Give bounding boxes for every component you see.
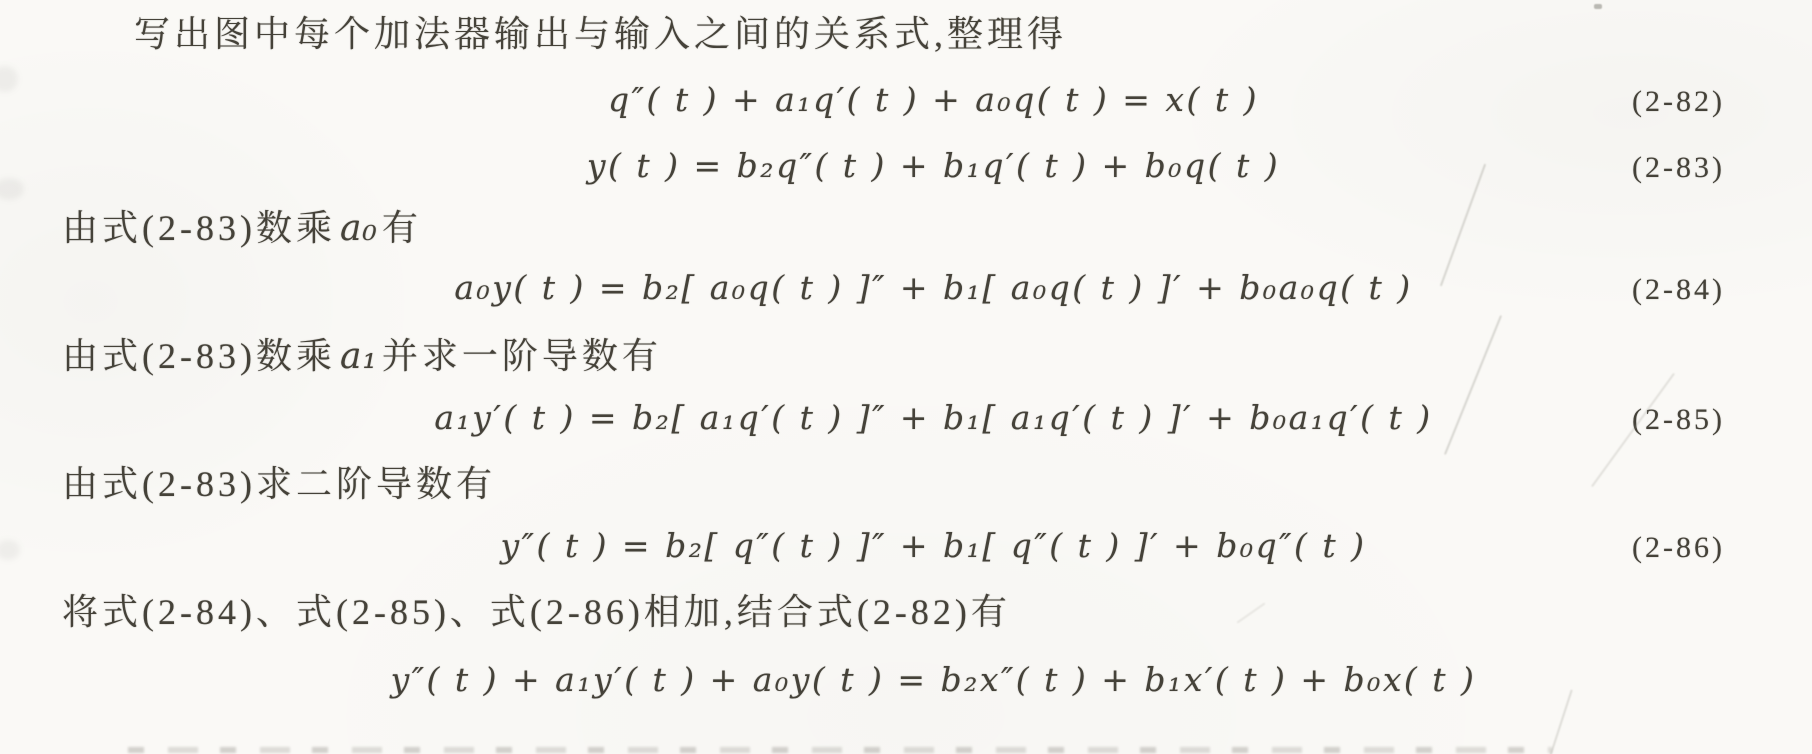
inline-math-a0: a₀ [336, 208, 382, 249]
equation-number-2-83: (2-83) [1632, 146, 1725, 190]
inline-math-a1: a₁ [336, 336, 382, 377]
equation-body-2-84: a₀y( t ) = b₂[ a₀q( t ) ]″ + b₁[ a₀q( t … [454, 266, 1412, 310]
scanned-textbook-page: 写出图中每个加法器输出与输入之间的关系式,整理得 q″( t ) + a₁q′(… [0, 0, 1812, 754]
equation-body-2-82: q″( t ) + a₁q′( t ) + a₀q( t ) = x( t ) [608, 78, 1259, 122]
equation-number-2-86: (2-86) [1632, 526, 1725, 570]
equation-body-2-83: y( t ) = b₂q″( t ) + b₁q′( t ) + b₀q( t … [587, 144, 1280, 188]
equation-number-2-84: (2-84) [1632, 268, 1725, 312]
equation-row-2-84: a₀y( t ) = b₂[ a₀q( t ) ]″ + b₁[ a₀q( t … [0, 266, 1812, 310]
step-paragraph-second-deriv: 由式(2-83)求二阶导数有 [62, 462, 496, 506]
equation-row-2-82: q″( t ) + a₁q′( t ) + a₀q( t ) = x( t ) … [0, 78, 1812, 122]
step-mult-a0-post: 有 [382, 208, 422, 248]
equation-number-2-82: (2-82) [1632, 80, 1725, 124]
step-paragraph-mult-a0: 由式(2-83)数乘a₀有 [62, 206, 422, 251]
equation-number-2-85: (2-85) [1632, 398, 1725, 442]
step-paragraph-mult-a1: 由式(2-83)数乘a₁并求一阶导数有 [62, 334, 662, 379]
equation-row-2-85: a₁y′( t ) = b₂[ a₁q′( t ) ]″ + b₁[ a₁q′(… [0, 396, 1812, 440]
scratch-mark-5 [1237, 602, 1266, 623]
intro-text: 写出图中每个加法器输出与输入之间的关系式,整理得 [134, 14, 1067, 54]
equation-row-2-86: y″( t ) = b₂[ q″( t ) ]″ + b₁[ q″( t ) ]… [0, 524, 1812, 568]
equation-body-final: y″( t ) + a₁y′( t ) + a₀y( t ) = b₂x″( t… [391, 658, 1477, 702]
intro-paragraph: 写出图中每个加法器输出与输入之间的关系式,整理得 [134, 12, 1067, 56]
step-mult-a1-pre: 由式(2-83)数乘 [62, 336, 336, 376]
cropped-next-line [128, 747, 1552, 753]
paper-smudge-2 [0, 178, 24, 200]
step-paragraph-combine: 将式(2-84)、式(2-85)、式(2-86)相加,结合式(2-82)有 [62, 590, 1011, 634]
step-mult-a1-post: 并求一阶导数有 [382, 336, 662, 376]
step-mult-a0-pre: 由式(2-83)数乘 [62, 208, 336, 248]
equation-body-2-85: a₁y′( t ) = b₂[ a₁q′( t ) ]″ + b₁[ a₁q′(… [434, 396, 1432, 440]
step-second-deriv-text: 由式(2-83)求二阶导数有 [62, 464, 496, 504]
equation-row-2-83: y( t ) = b₂q″( t ) + b₁q′( t ) + b₀q( t … [0, 144, 1812, 188]
equation-row-final: y″( t ) + a₁y′( t ) + a₀y( t ) = b₂x″( t… [0, 658, 1812, 702]
paper-speck [1594, 4, 1602, 9]
step-combine-text: 将式(2-84)、式(2-85)、式(2-86)相加,结合式(2-82)有 [62, 592, 1011, 632]
equation-body-2-86: y″( t ) = b₂[ q″( t ) ]″ + b₁[ q″( t ) ]… [500, 524, 1366, 568]
